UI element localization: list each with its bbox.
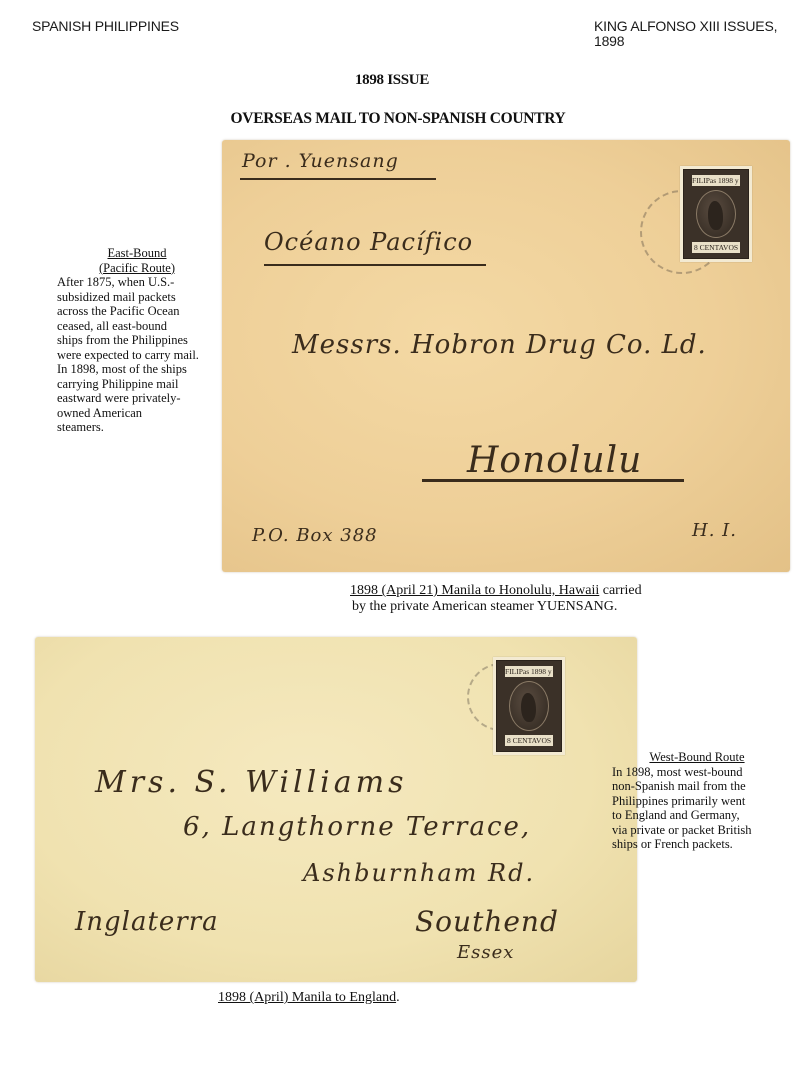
- king-portrait-icon: [696, 190, 736, 238]
- handwriting-county: Essex: [457, 942, 514, 963]
- east-bound-note: East-Bound (Pacific Route) After 1875, w…: [57, 246, 217, 435]
- cover-honolulu-caption: 1898 (April 21) Manila to Honolulu, Hawa…: [350, 583, 642, 615]
- ink-underline: [264, 264, 486, 266]
- west-note-line: via private or packet British: [612, 823, 782, 838]
- east-note-line: across the Pacific Ocean: [57, 304, 217, 319]
- handwriting-po-box: P.O. Box 388: [252, 525, 378, 546]
- handwriting-street: 6, Langthorne Terrace,: [183, 812, 531, 842]
- east-note-line: After 1875, when U.S.-: [57, 275, 217, 290]
- west-bound-note: West-Bound Route In 1898, most west-boun…: [612, 750, 782, 852]
- handwriting-town: Southend: [415, 905, 559, 938]
- stamp-8-centavos: FILIPas 1898 y 99 8 CENTAVOS: [493, 657, 565, 755]
- king-portrait-icon: [509, 681, 549, 731]
- east-note-line: ships from the Philippines: [57, 333, 217, 348]
- stamp-top-label: FILIPas 1898 y 99: [505, 666, 553, 677]
- west-note-line: to England and Germany,: [612, 808, 782, 823]
- handwriting-addressee: Mrs. S. Williams: [95, 765, 408, 800]
- page-subtitle: OVERSEAS MAIL TO NON-SPANISH COUNTRY: [0, 110, 804, 128]
- header-section-line1: KING ALFONSO XIII ISSUES,: [594, 19, 809, 34]
- east-note-line: In 1898, most of the ships: [57, 362, 217, 377]
- west-note-line: Philippines primarily went: [612, 794, 782, 809]
- caption-text: .: [396, 990, 400, 1005]
- stamp-top-label: FILIPas 1898 y 99: [692, 175, 740, 186]
- stamp-value-label: 8 CENTAVOS: [692, 242, 740, 253]
- stamp-8-centavos: FILIPas 1898 y 99 8 CENTAVOS: [680, 166, 752, 262]
- caption-date-route: 1898 (April 21) Manila to Honolulu, Hawa…: [350, 583, 599, 598]
- header-collection-title: SPANISH PHILIPPINES: [32, 19, 179, 34]
- handwriting-city: Honolulu: [467, 440, 642, 481]
- east-note-line: were expected to carry mail.: [57, 348, 217, 363]
- east-note-line: eastward were privately-: [57, 391, 217, 406]
- ink-underline: [240, 178, 436, 180]
- cover-england-caption: 1898 (April) Manila to England.: [218, 990, 400, 1006]
- east-note-line: steamers.: [57, 420, 217, 435]
- west-note-line: non-Spanish mail from the: [612, 779, 782, 794]
- cover-england: FILIPas 1898 y 99 8 CENTAVOS Mrs. S. Wil…: [35, 637, 637, 982]
- caption-text: carried: [599, 583, 641, 598]
- west-note-line: In 1898, most west-bound: [612, 765, 782, 780]
- east-note-subheading: (Pacific Route): [57, 261, 217, 276]
- handwriting-country: Inglaterra: [75, 907, 219, 937]
- page-title: 1898 ISSUE: [0, 72, 798, 89]
- handwriting-ocean: Océano Pacífico: [264, 228, 473, 256]
- ink-underline: [422, 479, 684, 482]
- handwriting-road: Ashburnham Rd.: [303, 859, 535, 887]
- stamp-design: FILIPas 1898 y 99 8 CENTAVOS: [683, 169, 749, 259]
- east-note-heading: East-Bound: [57, 246, 217, 261]
- stamp-value-label: 8 CENTAVOS: [505, 735, 553, 746]
- stamp-design: FILIPas 1898 y 99 8 CENTAVOS: [496, 660, 562, 752]
- caption-date-route: 1898 (April) Manila to England: [218, 990, 396, 1005]
- handwriting-addressee: Messrs. Hobron Drug Co. Ld.: [292, 330, 707, 360]
- east-note-line: owned American: [57, 406, 217, 421]
- west-note-heading: West-Bound Route: [612, 750, 782, 765]
- header-section-title: KING ALFONSO XIII ISSUES, 1898: [594, 19, 809, 49]
- west-note-line: ships or French packets.: [612, 837, 782, 852]
- cover-honolulu: Por . Yuensang Océano Pacífico Messrs. H…: [222, 140, 790, 572]
- handwriting-via-ship: Por . Yuensang: [242, 150, 399, 172]
- east-note-line: carrying Philippine mail: [57, 377, 217, 392]
- east-note-line: ceased, all east-bound: [57, 319, 217, 334]
- header-section-line2: 1898: [594, 34, 809, 49]
- handwriting-hawaii-islands: H. I.: [692, 520, 737, 541]
- east-note-line: subsidized mail packets: [57, 290, 217, 305]
- caption-line2: by the private American steamer YUENSANG…: [350, 599, 642, 615]
